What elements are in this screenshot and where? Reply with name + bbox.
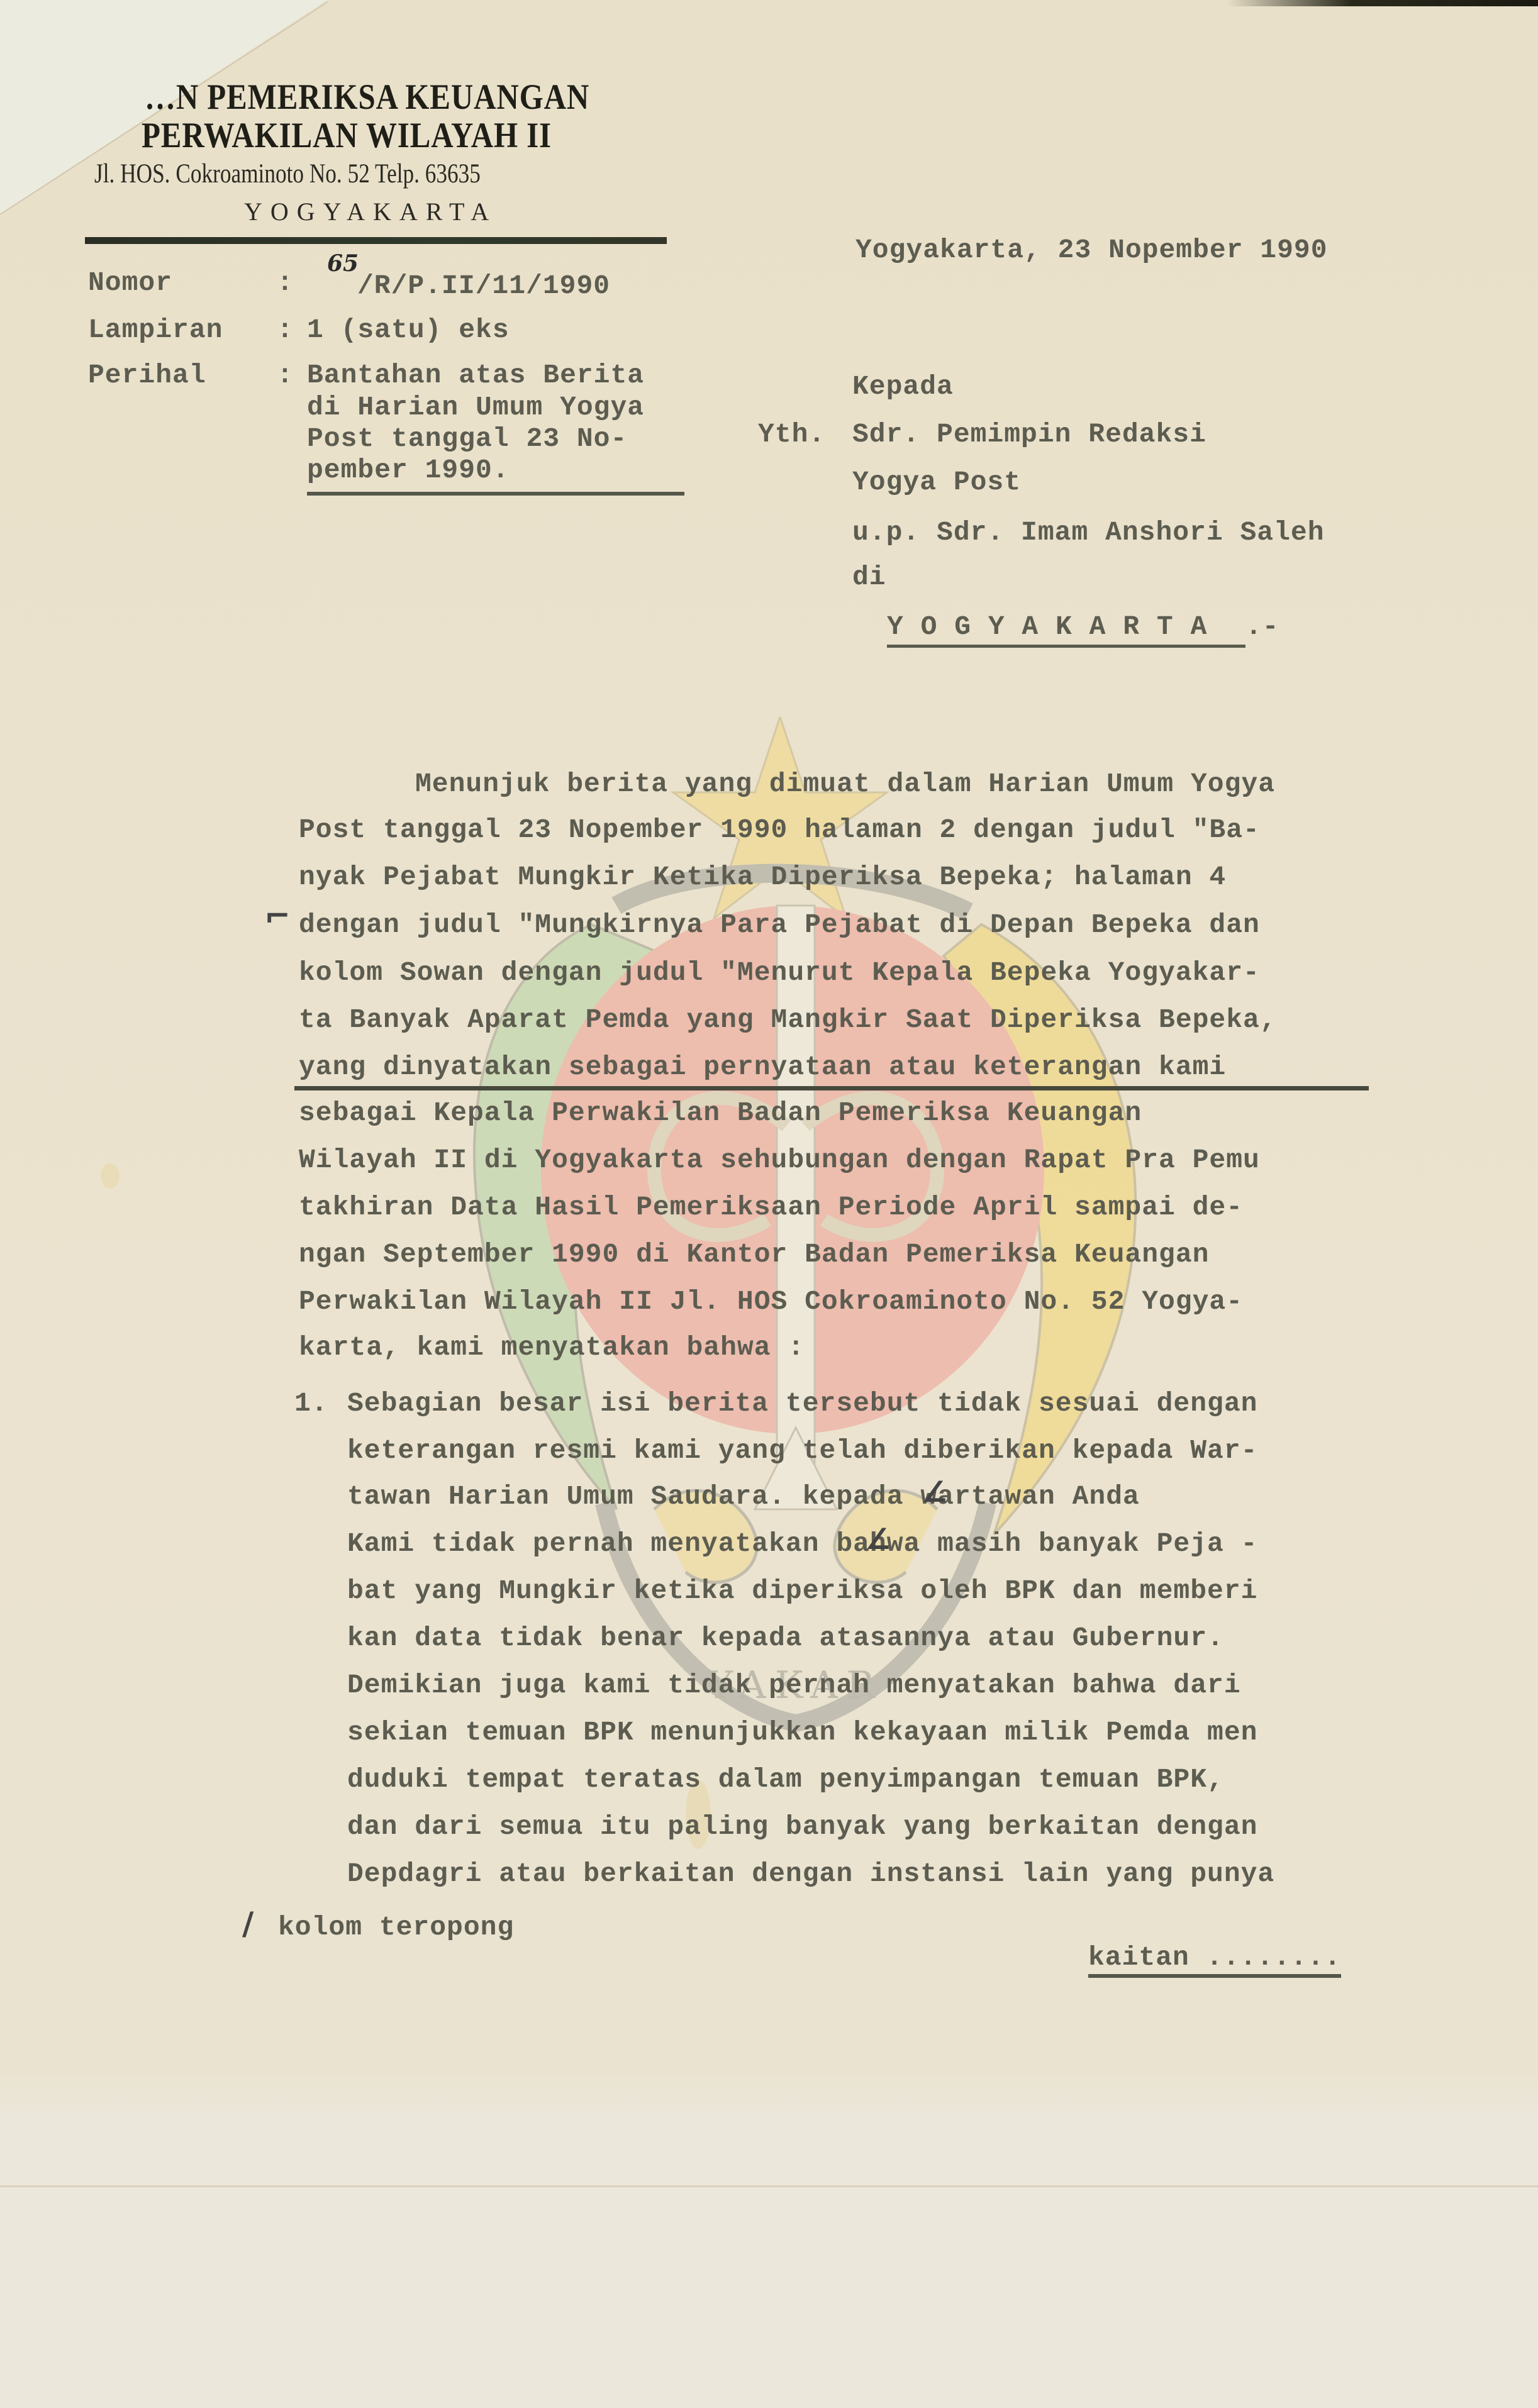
nomor-colon: : <box>277 267 294 298</box>
recipient-yth: Yth. <box>758 419 825 450</box>
body-line: sebagai Kepala Perwakilan Badan Pemeriks… <box>299 1097 1142 1128</box>
perihal-label: Perihal <box>88 360 206 391</box>
insertion-mark-icon: ⌐ <box>264 898 291 935</box>
recipient-kepada: Kepada <box>852 371 954 402</box>
body-line: takhiran Data Hasil Pemeriksaan Periode … <box>299 1192 1243 1223</box>
item-number: 1. <box>294 1388 328 1419</box>
body-line: ngan September 1990 di Kantor Badan Peme… <box>299 1239 1209 1270</box>
bottom-fold-line <box>0 2185 1538 2187</box>
continuation-text: kaitan ........ <box>1088 1942 1341 1978</box>
perihal-colon: : <box>277 360 294 391</box>
nomor-value: /R/P.II/11/1990 <box>357 270 610 301</box>
item-line: Depdagri atau berkaitan dengan instansi … <box>347 1858 1274 1889</box>
perihal-line: Post tanggal 23 No- <box>307 423 627 454</box>
item-line: keterangan resmi kami yang telah diberik… <box>347 1435 1257 1466</box>
item-line: tawan Harian Umum Saudara. kepada wartaw… <box>347 1481 1140 1512</box>
item-line: sekian temuan BPK menunjukkan kekayaan m… <box>347 1717 1257 1748</box>
item-line: Demikian juga kami tidak pernah menyatak… <box>347 1670 1241 1701</box>
body-line: ta Banyak Aparat Pemda yang Mangkir Saat… <box>299 1004 1277 1035</box>
body-line: Perwakilan Wilayah II Jl. HOS Cokroamino… <box>299 1286 1243 1317</box>
paper-stain <box>101 1163 120 1189</box>
body-underline <box>294 1086 1369 1090</box>
recipient-city-suffix: .- <box>1245 611 1279 642</box>
insertion-mark-icon: ∠ <box>922 1475 947 1509</box>
recipient-line: di <box>852 562 886 592</box>
body-line: karta, kami menyatakan bahwa : <box>299 1332 805 1363</box>
body-line: Menunjuk berita yang dimuat dalam Harian… <box>415 768 1275 799</box>
perihal-underline <box>307 492 684 496</box>
item-line: kan data tidak benar kepada atasannya at… <box>347 1623 1224 1653</box>
body-line: nyak Pejabat Mungkir Ketika Diperiksa Be… <box>299 862 1226 892</box>
letterhead-divider <box>85 237 667 244</box>
letterhead-city: YOGYAKARTA <box>244 197 497 226</box>
recipient-line: Sdr. Pemimpin Redaksi <box>852 419 1206 450</box>
letterhead-address: Jl. HOS. Cokroaminoto No. 52 Telp. 63635 <box>94 158 481 189</box>
item-line: Kami tidak pernah menyatakan bahwa masih… <box>347 1528 1257 1559</box>
recipient-city-underline <box>887 645 1245 648</box>
perihal-line: Bantahan atas Berita <box>307 360 644 391</box>
recipient-line: u.p. Sdr. Imam Anshori Saleh <box>852 517 1325 548</box>
letterhead-office: PERWAKILAN WILAYAH II <box>142 115 552 156</box>
lampiran-label: Lampiran <box>88 314 223 345</box>
body-line: Wilayah II di Yogyakarta sehubungan deng… <box>299 1145 1260 1175</box>
recipient-city: Y O G Y A K A R T A <box>887 611 1207 642</box>
scan-edge-shadow <box>1227 0 1538 6</box>
document-page: YAKAR …N PEMERIKSA KEUANGAN PERWAKILAN W… <box>0 0 1538 2408</box>
recipient-line: Yogya Post <box>852 467 1021 497</box>
nomor-handwritten-number: 65 <box>327 250 359 277</box>
body-line: Post tanggal 23 Nopember 1990 halaman 2 … <box>299 814 1260 845</box>
perihal-line: di Harian Umum Yogya <box>307 392 644 423</box>
lampiran-value: 1 (satu) eks <box>307 314 510 345</box>
item-line: bat yang Mungkir ketika diperiksa oleh B… <box>347 1575 1257 1606</box>
item-line: Sebagian besar isi berita tersebut tidak… <box>347 1388 1257 1419</box>
nomor-label: Nomor <box>88 267 172 298</box>
item-line: dan dari semua itu paling banyak yang be… <box>347 1811 1257 1842</box>
perihal-line: pember 1990. <box>307 455 510 485</box>
body-line: kolom Sowan dengan judul "Menurut Kepala… <box>299 957 1260 988</box>
footnote-mark-icon: / <box>242 1906 254 1942</box>
insertion-mark-icon: ∠ <box>865 1522 891 1556</box>
body-line: yang dinyatakan sebagai pernyataan atau … <box>299 1051 1226 1082</box>
body-line: dengan judul "Mungkirnya Para Pejabat di… <box>299 909 1260 940</box>
letter-date: Yogyakarta, 23 Nopember 1990 <box>855 235 1328 265</box>
item-line: duduki tempat teratas dalam penyimpangan… <box>347 1764 1224 1795</box>
lampiran-colon: : <box>277 314 294 345</box>
footnote-text: kolom teropong <box>278 1912 514 1943</box>
letterhead-institution: …N PEMERIKSA KEUANGAN <box>145 77 589 118</box>
